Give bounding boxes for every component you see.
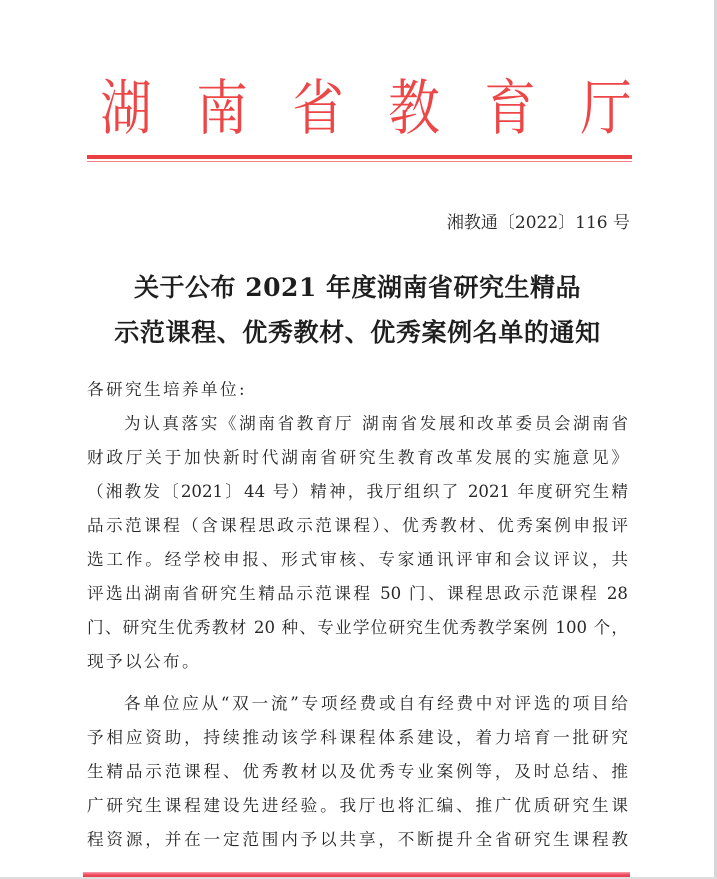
paragraph-2-line: 广研究生课程建设先进经验。我厅也将汇编、推广优质研究生课 bbox=[87, 794, 628, 818]
masthead-rule-thick bbox=[87, 155, 632, 159]
masthead-rule-thin bbox=[87, 161, 632, 162]
masthead-char: 南 bbox=[196, 70, 248, 148]
paragraph-2-line: 各单位应从“双一流”专项经费或自有经费中对评选的项目给 bbox=[124, 692, 628, 716]
salutation: 各研究生培养单位: bbox=[87, 378, 628, 402]
notice-title-line-1: 关于公布 2021 年度湖南省研究生精品 bbox=[87, 271, 628, 305]
paragraph-1-line: 现予以公布。 bbox=[87, 650, 628, 674]
masthead-char: 省 bbox=[292, 70, 344, 148]
document-page: 湖 南 省 教 育 厅 湘教通〔2022〕116 号 关于公布 2021 年度湖… bbox=[0, 0, 714, 876]
paragraph-1-line: 为认真落实《湖南省教育厅 湖南省发展和改革委员会湖南省 bbox=[124, 412, 628, 436]
paragraph-2-line: 生精品示范课程、优秀教材以及优秀专业案例等，及时总结、推 bbox=[87, 760, 628, 784]
paragraph-2-line: 予相应资助，持续推动该学科课程体系建设，着力培育一批研究 bbox=[87, 726, 628, 750]
paragraph-1-line: 评选出湖南省研究生精品示范课程 50 门、课程思政示范课程 28 bbox=[87, 582, 628, 606]
document-number: 湘教通〔2022〕116 号 bbox=[440, 211, 630, 235]
paragraph-1-line: 财政厅关于加快新时代湖南省研究生教育改革发展的实施意见》 bbox=[87, 446, 628, 470]
notice-title-line-2: 示范课程、优秀教材、优秀案例名单的通知 bbox=[87, 316, 628, 350]
paragraph-2-line: 程资源，并在一定范围内予以共享，不断提升全省研究生课程教 bbox=[87, 828, 628, 852]
masthead-char: 教 bbox=[388, 70, 440, 148]
paragraph-1-line: 品示范课程（含课程思政示范课程）、优秀教材、优秀案例申报评 bbox=[87, 514, 628, 538]
paragraph-1-line: 门、研究生优秀教材 20 种、专业学位研究生优秀教学案例 100 个， bbox=[87, 616, 628, 640]
paragraph-1-line: （湘教发〔2021〕44 号）精神，我厅组织了 2021 年度研究生精 bbox=[87, 480, 628, 504]
masthead-char: 厅 bbox=[580, 70, 632, 148]
masthead-char: 育 bbox=[484, 70, 536, 148]
masthead-title: 湖 南 省 教 育 厅 bbox=[96, 70, 636, 148]
masthead-char: 湖 bbox=[100, 70, 152, 148]
paragraph-1-line: 选工作。经学校申报、形式审核、专家通讯评审和会议评议，共 bbox=[87, 548, 628, 572]
